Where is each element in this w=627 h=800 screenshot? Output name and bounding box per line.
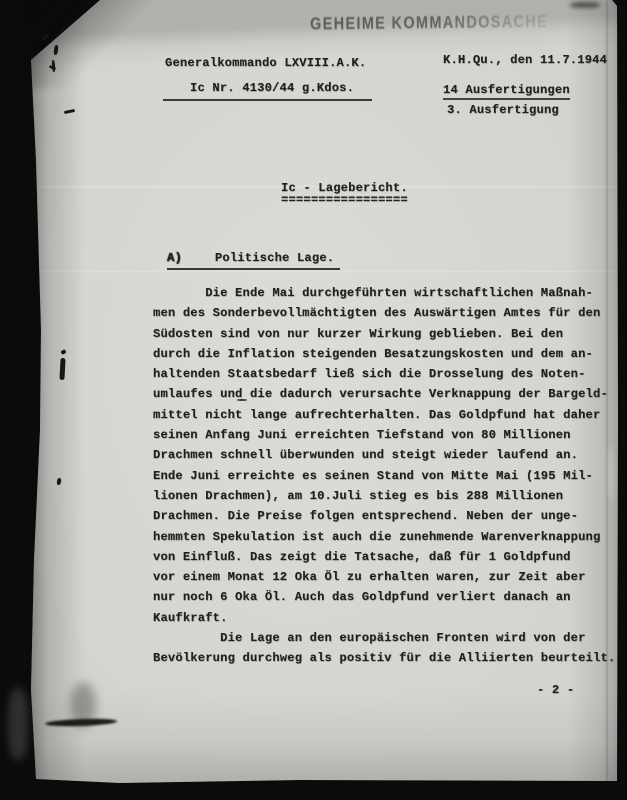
body-line: vor einem Monat 12 Oka Öl zu erhalten wa…: [153, 567, 615, 587]
body-line: Ende Juni erreichte es seinen Stand von …: [153, 466, 615, 486]
body-line: Bevölkerung durchweg als positiv für die…: [153, 648, 615, 668]
body-line: hemmten Spekulation ist auch die zunehme…: [153, 527, 615, 547]
section-label: A): [167, 250, 182, 266]
correction-mark: [237, 399, 247, 401]
film-edge-smear: [8, 688, 28, 760]
microfilm-frame: GEHEIME KOMMANDOSACHE Generalkommando LX…: [0, 0, 627, 800]
body-line: seinen Anfang Juni erreichten Tiefstand …: [153, 425, 615, 445]
body-line: von Einfluß. Das zeigt die Tatsache, daß…: [153, 547, 615, 567]
section-heading: Politische Lage.: [215, 250, 334, 266]
dust-speck: [41, 34, 49, 41]
section-heading-row: A) Politische Lage.: [167, 250, 340, 270]
report-body: Die Ende Mai durchgeführten wirtschaftli…: [153, 283, 615, 669]
body-line: mittel nicht lange aufrechterhalten. Das…: [153, 405, 615, 425]
body-line: Südosten sind von nur kurzer Wirkung geb…: [153, 324, 615, 344]
copy-number: 3. Ausfertigung: [447, 100, 559, 120]
body-line: durch die Inflation steigenden Besatzung…: [153, 344, 615, 364]
unit-designation: Generalkommando LXVIII.A.K.: [165, 53, 366, 73]
film-blemish: [570, 2, 600, 8]
copies-count: 14 Ausfertigungen: [443, 83, 570, 100]
body-line: Die Lage an den europäischen Fronten wir…: [153, 628, 615, 648]
body-line: Drachmen schnell überwunden und steigt w…: [153, 445, 615, 465]
body-line: men des Sonderbevollmächtigten des Auswä…: [153, 303, 615, 323]
body-line: umlaufes und die dadurch verursachte Ver…: [153, 384, 615, 404]
body-line: Die Ende Mai durchgeführten wirtschaftli…: [153, 283, 615, 303]
body-line: Kaufkraft.: [153, 608, 615, 628]
body-line: nur noch 6 Oka Öl. Auch das Goldpfund ve…: [153, 587, 615, 607]
body-line: haltenden Staatsbedarf ließ sich die Dro…: [153, 364, 615, 384]
title-underline: =================: [281, 190, 408, 210]
body-line: Drachmen. Die Preise folgen entsprechend…: [153, 506, 615, 526]
header-underline: [163, 99, 372, 101]
document-number: Ic Nr. 4130/44 g.Kdos.: [190, 78, 354, 98]
body-line: lionen Drachmen), am 10.Juli stieg es bi…: [153, 486, 615, 506]
secret-stamp: GEHEIME KOMMANDOSACHE: [310, 11, 548, 35]
page-number: - 2 -: [537, 680, 574, 700]
date-line: K.H.Qu., den 11.7.1944: [443, 50, 607, 70]
